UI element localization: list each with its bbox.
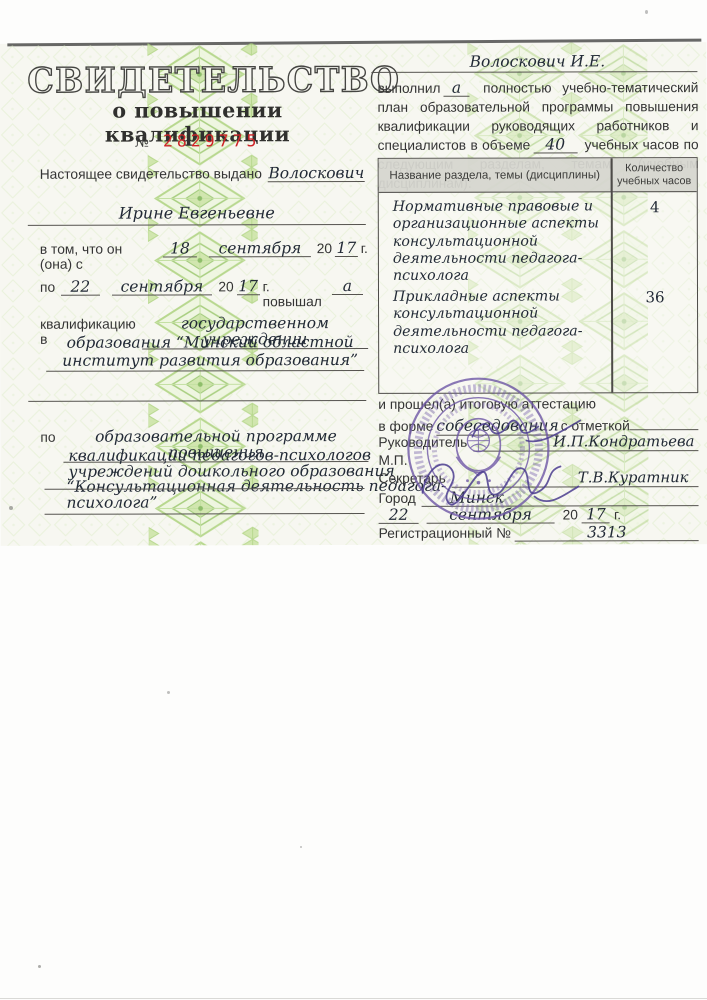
serial-number: 2829775: [163, 131, 261, 150]
ruled-line: [45, 513, 365, 515]
institution-line2: образования “Минский областной: [60, 333, 360, 352]
scan-edge-bottom: [0, 998, 707, 999]
table-row-hours: 4: [613, 198, 697, 216]
certificate-sheet: СВИДЕТЕЛЬСТВО о повышении квалификации №…: [0, 42, 707, 546]
scan-speck: [167, 691, 170, 694]
gender-ending-field: а: [332, 278, 363, 295]
secretary-signature: [414, 450, 584, 518]
from-day-field: 18: [163, 240, 197, 257]
director-signature: [468, 414, 584, 446]
scan-speck: [300, 846, 302, 848]
hours-column-header: Количество учебных часов: [611, 158, 697, 191]
date-year-field: 17: [582, 506, 610, 523]
program-label: по: [40, 430, 55, 445]
scan-speck: [645, 10, 648, 14]
issued-to-label: Настоящее свидетельство выдано: [40, 166, 262, 182]
student-name-field: Волоскович И.Е.: [377, 52, 697, 71]
surname-field: Волоскович: [268, 165, 365, 183]
to-day-field: 22: [61, 279, 99, 296]
from-year-suffix: г.: [361, 241, 368, 256]
period-to-row: по 22 сентября 20 17 г. повышал а: [40, 278, 368, 310]
scan-speck: [38, 965, 41, 968]
topic-column-header: Название раздела, темы (дисциплины): [379, 158, 611, 192]
scan-speck: [9, 506, 13, 510]
to-year-prefix: 20: [218, 279, 233, 294]
curriculum-table: Название раздела, темы (дисциплины) Коли…: [378, 157, 699, 394]
registration-number-field: 3313: [515, 524, 699, 542]
mark-blank-field: [630, 429, 699, 430]
hours-total-field: 40: [533, 136, 577, 153]
seal-place-label: М.П.: [378, 453, 407, 468]
table-column-divider: [611, 158, 613, 392]
table-row-hours: 36: [613, 288, 697, 306]
scan-edge-line: [7, 39, 701, 46]
registration-label: Регистрационный №: [379, 526, 511, 541]
serial-number-line: №2829775: [28, 131, 368, 151]
ruled-line: [28, 224, 366, 226]
name-patronymic-field: Ирине Евгеньевне: [28, 203, 366, 223]
ruled-line: [46, 370, 364, 372]
ruled-line: [371, 71, 697, 73]
to-prefix: по: [40, 280, 55, 295]
date-suffix: г.: [614, 507, 621, 522]
from-year-prefix: 20: [317, 241, 332, 256]
table-header-row: Название раздела, темы (дисциплины) Коли…: [379, 158, 697, 193]
registration-row: Регистрационный № 3313: [379, 524, 699, 542]
period-from-row: в том, что он (она) с 18 сентября 20 17 …: [40, 240, 368, 272]
program-line5: психолога”: [67, 494, 158, 512]
to-month-field: сентября: [112, 278, 213, 296]
from-month-field: сентября: [209, 240, 311, 258]
numero-sign: №: [135, 133, 149, 151]
from-prefix: в том, что он (она) с: [40, 242, 157, 272]
ruled-line: [28, 400, 366, 402]
completed-prefix: выполнил: [377, 81, 440, 96]
from-year-field: 17: [335, 240, 358, 257]
to-year-field: 17: [237, 278, 260, 295]
to-suffix: г. повышал: [263, 279, 327, 309]
table-row-topic: Прикладные аспекты консультационной деят…: [393, 288, 603, 358]
certificate-title: СВИДЕТЕЛЬСТВО: [27, 59, 367, 100]
institution-line3: институт развития образования”: [60, 351, 360, 370]
table-row-topic: Нормативные правовые и организационные а…: [393, 198, 603, 285]
completed-ending-field: а: [443, 80, 469, 97]
issued-to-row: Настоящее свидетельство выдано Волоскови…: [40, 165, 365, 183]
